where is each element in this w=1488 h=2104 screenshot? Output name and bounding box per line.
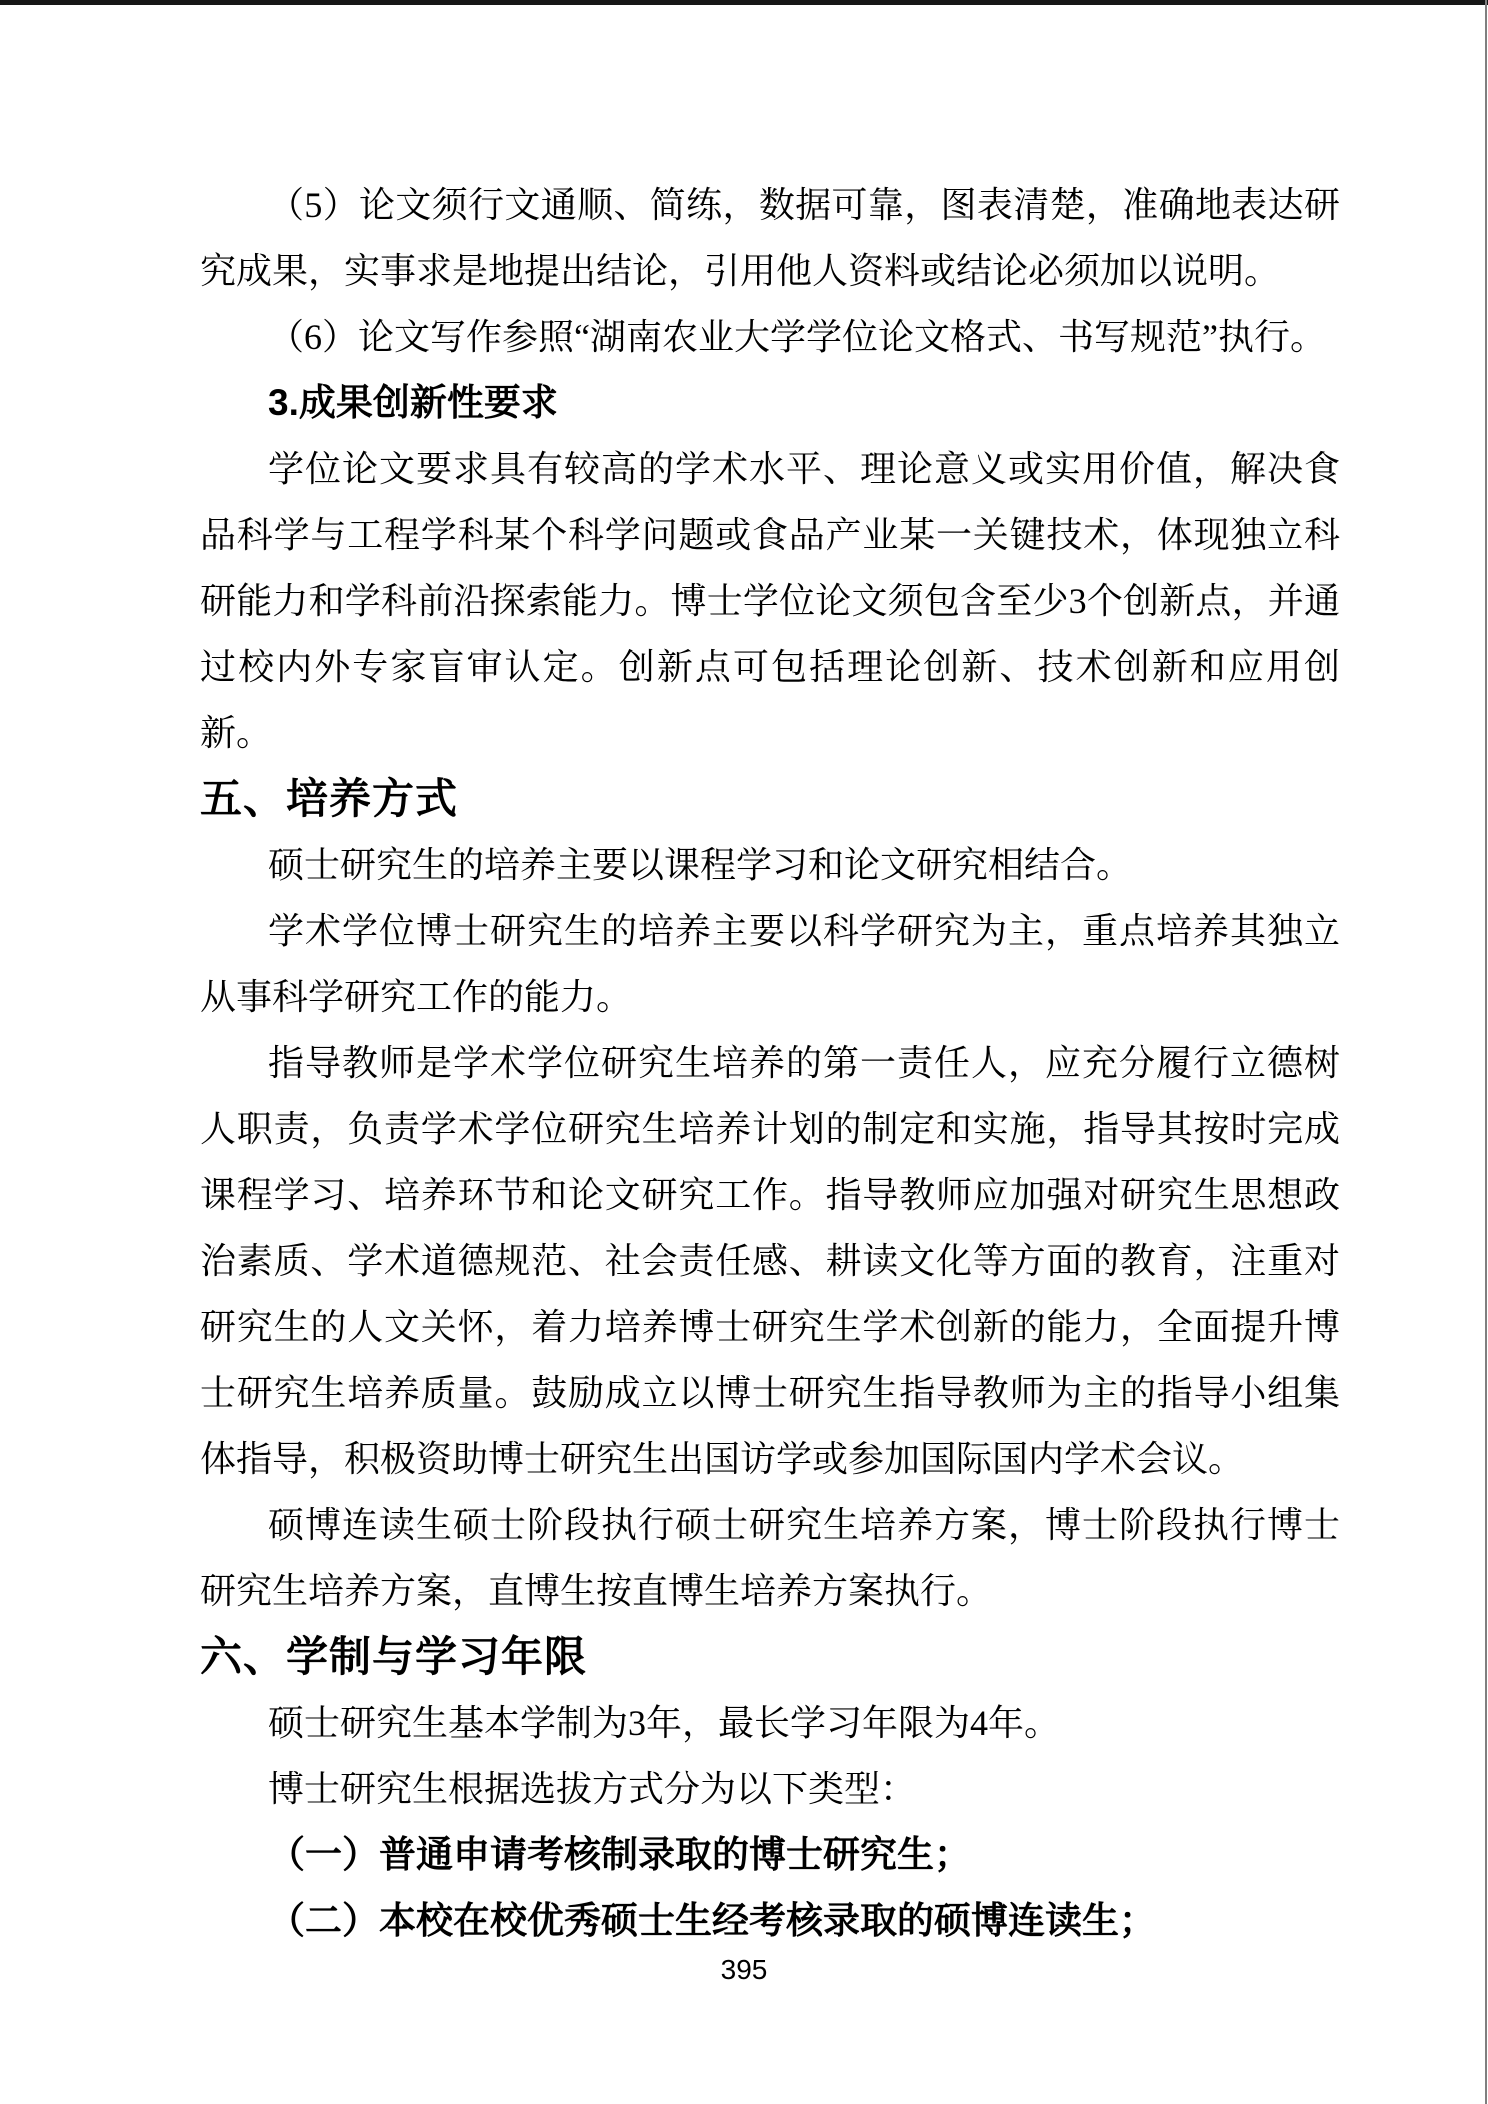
paragraph-thesis-writing-5: （5）论文须行文通顺、简练，数据可靠，图表清楚，准确地表达研究成果，实事求是地提… — [200, 172, 1340, 304]
paragraph-master-duration: 硕士研究生基本学制为3年，最长学习年限为4年。 — [200, 1690, 1340, 1756]
document-body: （5）论文须行文通顺、简练，数据可靠，图表清楚，准确地表达研究成果，实事求是地提… — [200, 172, 1340, 1954]
paragraph-doctor-training: 学术学位博士研究生的培养主要以科学研究为主，重点培养其独立从事科学研究工作的能力… — [200, 898, 1340, 1030]
page-top-scan-edge — [0, 0, 1488, 5]
paragraph-innovation-requirements: 学位论文要求具有较高的学术水平、理论意义或实用价值，解决食品科学与工程学科某个科… — [200, 436, 1340, 766]
paragraph-thesis-writing-6: （6）论文写作参照“湖南农业大学学位论文格式、书写规范”执行。 — [200, 304, 1340, 370]
subheading-innovation-requirements: 3.成果创新性要求 — [200, 370, 1340, 436]
list-item-doctor-type-2: （二）本校在校优秀硕士生经考核录取的硕博连读生； — [200, 1888, 1340, 1954]
page-right-scan-edge — [1485, 0, 1487, 2104]
list-item-doctor-type-1: （一）普通申请考核制录取的博士研究生； — [200, 1822, 1340, 1888]
paragraph-master-training: 硕士研究生的培养主要以课程学习和论文研究相结合。 — [200, 832, 1340, 898]
page-number: 395 — [0, 1954, 1488, 1986]
section-heading-training-mode: 五、培养方式 — [200, 766, 1340, 832]
paragraph-supervisor-duty: 指导教师是学术学位研究生培养的第一责任人，应充分履行立德树人职责，负责学术学位研… — [200, 1030, 1340, 1492]
paragraph-doctor-types: 博士研究生根据选拔方式分为以下类型： — [200, 1756, 1340, 1822]
section-heading-study-duration: 六、学制与学习年限 — [200, 1624, 1340, 1690]
paragraph-successive-program: 硕博连读生硕士阶段执行硕士研究生培养方案，博士阶段执行博士研究生培养方案，直博生… — [200, 1492, 1340, 1624]
